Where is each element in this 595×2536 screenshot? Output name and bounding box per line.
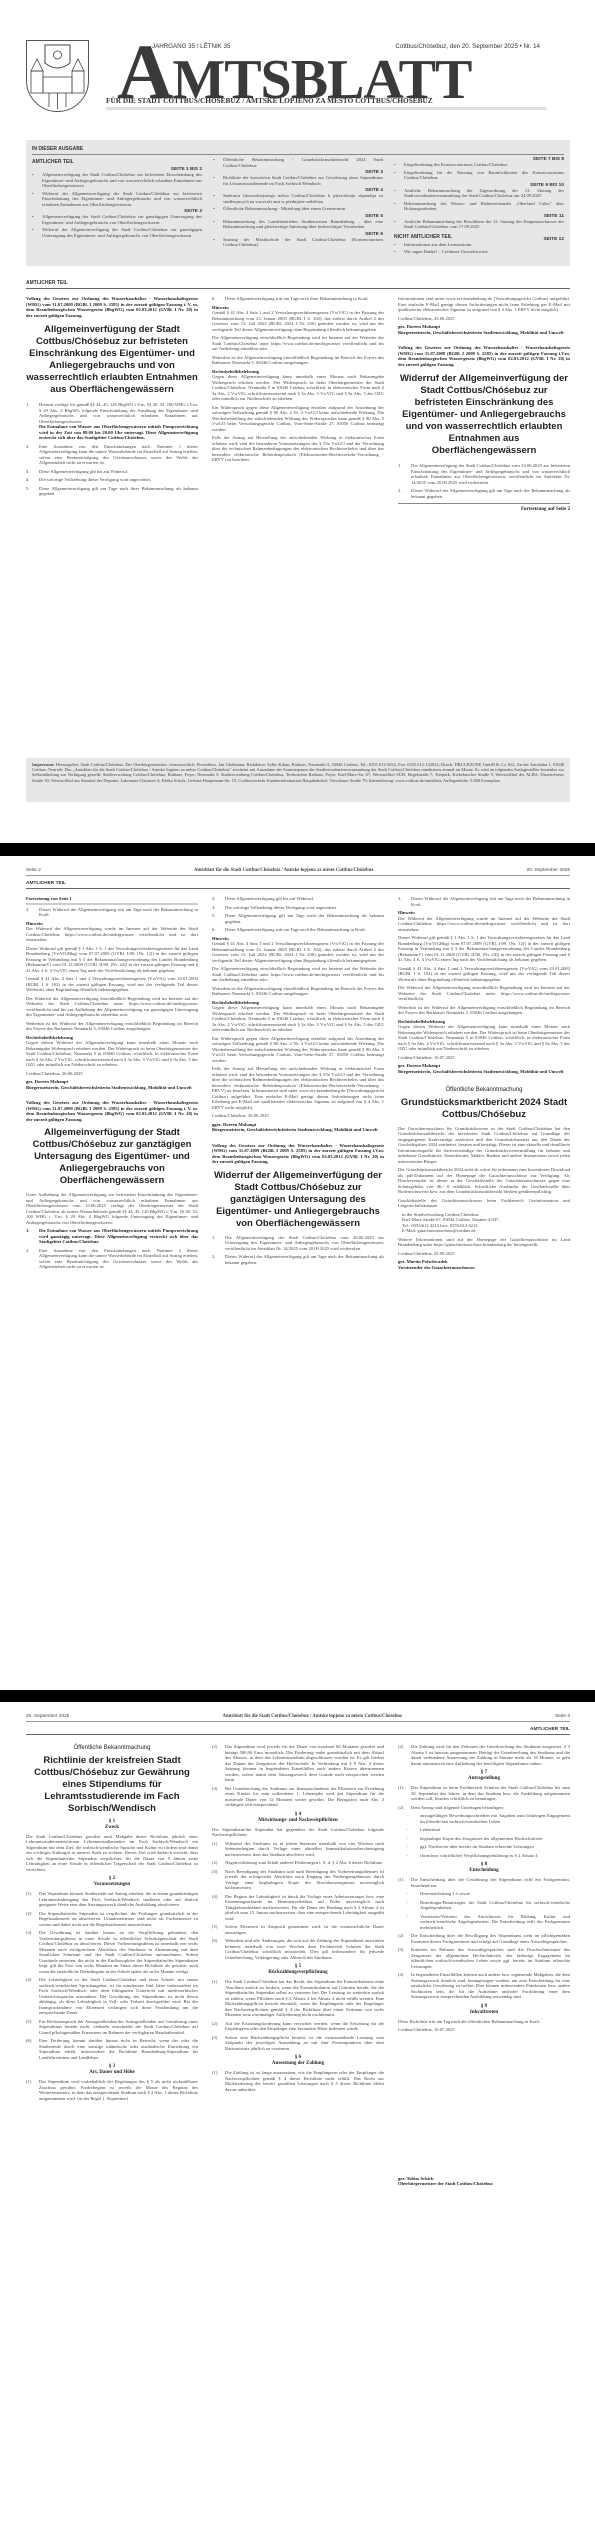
text-block: (1) bbox=[398, 1785, 407, 1802]
text-block: 6. bbox=[212, 296, 221, 302]
text-block: (1) bbox=[26, 1891, 35, 1908]
text-block: Amtliche Bekanntmachung der Beschlüsse d… bbox=[404, 219, 564, 230]
text-block: Falls der Antrag auf Herstellung der auf… bbox=[212, 1066, 384, 1110]
text-block: (4) bbox=[212, 1894, 221, 1922]
text-block: Vollzug des Gesetzes zur Ordnung des Was… bbox=[398, 345, 570, 367]
toc-item[interactable]: •Informationen aus dem Lernzentrum bbox=[394, 242, 564, 248]
text-block: Cottbus/Chóśebuz, 16.07.2025 bbox=[398, 1055, 570, 1061]
text-block: AMTLICHER TEIL bbox=[32, 159, 202, 165]
text-block: 2. bbox=[26, 444, 35, 466]
page-divider bbox=[0, 843, 595, 856]
p3-column-2: (2)Das Stipendium wird jeweils für die D… bbox=[212, 1744, 384, 2095]
text-block: (1) bbox=[212, 1841, 221, 1858]
text-block: (1) bbox=[26, 2079, 35, 2101]
text-block: Die sofortige Vollziehung dieser Verfügu… bbox=[225, 905, 384, 911]
text-block: Diese Allgemeinverfügung gilt bis auf Wi… bbox=[225, 896, 384, 902]
text-block: Dieser Widerruf der Allgemeinverfügung g… bbox=[411, 488, 570, 499]
text-block: 20. September 2025 bbox=[26, 1714, 69, 1719]
text-block: Vollzug des Gesetzes zur Ordnung des Was… bbox=[26, 296, 198, 318]
text-block: Ein Widerspruch gegen diese Allgemeinver… bbox=[212, 405, 384, 433]
article-title: Grundstücksmarktbericht 2024 Stadt Cottb… bbox=[398, 1097, 570, 1121]
text-block: (formlose, schriftliche) Verpflichtungse… bbox=[420, 1853, 570, 1859]
text-block: Gegen diese Allgemeinverfügung kann inne… bbox=[212, 374, 384, 402]
text-block: Die Entscheidung über die Bewilligung de… bbox=[411, 1933, 570, 1944]
text-block: Lebenslauf bbox=[420, 1827, 570, 1833]
toc-column-2: •Öffentliche Bekanntmachung - Grundstück… bbox=[213, 157, 383, 250]
text-block: Das Stipendium ist beim Fachbereich Schu… bbox=[411, 1785, 570, 1802]
text-block: Vorsitzender des Gutachterausschusses bbox=[398, 1265, 570, 1271]
section-label: AMTLICHER TEIL bbox=[26, 280, 570, 289]
text-block: Während des Studiums ist in jedem Semest… bbox=[225, 1841, 384, 1858]
text-block: Der Gutachterausschuss für Grundstückswe… bbox=[398, 1126, 570, 1165]
text-block: Die Stadt Cottbus/Chóśebuz gewährt nach … bbox=[26, 1834, 198, 1873]
text-block: (5) bbox=[26, 2019, 35, 2036]
text-block: Diese Allgemeinverfügung gilt am Tage na… bbox=[39, 486, 198, 497]
text-block: Das Stipendium wird jeweils für die Daue… bbox=[225, 1744, 384, 1783]
text-block: Eine Ausnahme von den Einschränkungen na… bbox=[39, 444, 198, 466]
section-label: AMTLICHER TEIL bbox=[26, 1727, 570, 1735]
text-block: (6) bbox=[212, 1938, 221, 1960]
text-block: Bekanntmachung des Landesbetriebes Straß… bbox=[223, 219, 383, 230]
text-block: Öffentliche Bekanntmachung bbox=[26, 1746, 198, 1752]
p1-column-2: 6.Diese Allgemeinverfügung tritt am Tage… bbox=[212, 296, 384, 466]
p2-column-1: Fortsetzung von Seite 1 3.Dieser Widerru… bbox=[26, 896, 198, 1273]
text-block: 1. bbox=[26, 1228, 35, 1245]
text-block: Widerruf der Allgemeinverfügung der Stad… bbox=[42, 227, 202, 238]
toc-item[interactable]: •Allgemeinverfügung der Stadt Cottbus/Ch… bbox=[32, 172, 202, 189]
text-block: Vollzug des Gesetzes zur Ordnung des Was… bbox=[26, 1100, 198, 1122]
text-block: Der Grundstücksmarktbericht 2024 steht a… bbox=[398, 1167, 570, 1195]
toc-item[interactable]: •Wir sagen Danke! – Cottbuser Umweltwoch… bbox=[394, 249, 564, 255]
text-block: Beauftragte/Beauftragter der Stadt Cottb… bbox=[420, 1900, 570, 1911]
continued-link[interactable]: Fortsetzung auf Seite 2 bbox=[398, 503, 570, 513]
impressum: Impressum: Herausgeber: Stadt Cottbus/Ch… bbox=[26, 758, 570, 802]
text-block: Der Widerruf der Allgemeinverfügung wurd… bbox=[398, 916, 570, 933]
text-block: Bürgermeisterin, Geschäftsbereichsleiter… bbox=[398, 1069, 570, 1075]
article-title: Allgemeinverfügung der Stadt Cottbus/Chó… bbox=[26, 1127, 198, 1187]
text-block: (3) bbox=[212, 2035, 221, 2052]
toc-item[interactable]: •Öffentliche Bekanntmachung - Mitteilung… bbox=[213, 206, 383, 212]
toc-item[interactable]: •Allgemeinverfügung der Stadt Cottbus/Ch… bbox=[32, 214, 202, 225]
text-block: Weiterhin ist die Allgemeinverfügung ein… bbox=[212, 986, 384, 997]
text-block: SEITE 12 bbox=[543, 237, 564, 242]
text-block: Vollzug des Gesetzes zur Ordnung des Was… bbox=[212, 1143, 384, 1165]
text-block: Gemäß § 41 Abs. 4 Satz 1 und 2 Verwaltun… bbox=[26, 976, 198, 993]
text-block: Die Entnahme von Wasser aus Oberflächeng… bbox=[39, 1228, 198, 1245]
text-block: 1. bbox=[26, 402, 35, 441]
text-block: Geschäftsstelle des Gutachterausschusses… bbox=[398, 1198, 570, 1209]
text-block: Amtliche Bekanntmachung der Tagesordnung… bbox=[404, 188, 564, 199]
link-niedrigwasser[interactable]: Die Allgemeinverfügung einschließlich Be… bbox=[212, 335, 384, 352]
text-block: Herausgeber: Stadt Cottbus/Chóśebuz, Der… bbox=[32, 762, 564, 783]
text-block: Ein Rechtsanspruch der Antragstellenden/… bbox=[39, 2019, 198, 2036]
p3-column-3: (2)Die Zahlung wird für den Zeitraum der… bbox=[398, 1744, 570, 2187]
text-block: (2) bbox=[212, 2021, 221, 2032]
text-block: Dieser Widerruf der Allgemeinverfügung g… bbox=[225, 1254, 384, 1265]
running-header: 20. September 2025 Amtsblatt für die Sta… bbox=[26, 1714, 570, 1722]
text-block: Rückzahlungsverpflichtung bbox=[212, 1970, 384, 1976]
text-block: Cottbus/Chóśebuz, 03.09.2025 bbox=[398, 1251, 570, 1257]
text-block: Weiterhin ist der Widerruf der Allgemein… bbox=[398, 1005, 570, 1016]
article-title: Allgemeinverfügung der Stadt Cottbus/Chó… bbox=[26, 324, 198, 396]
text-block: Weitere Informationen sind auf der Homep… bbox=[398, 1237, 570, 1248]
p2-column-3: 3.Dieser Widerruf der Allgemeinverfügung… bbox=[398, 896, 570, 1270]
text-block: Entgeltordnung des Konservatoriums Cottb… bbox=[404, 162, 507, 168]
text-block: Öffentliche Bekanntmachung - Grundstücks… bbox=[223, 157, 383, 168]
text-block: Negativerklärung zum Erhalt anderer Förd… bbox=[225, 1860, 384, 1866]
text-block: Amtsblatt für die Stadt Cottbus/Chóśebuz… bbox=[223, 1714, 403, 1719]
text-block: Diese Richtlinie tritt am Tag nach der ö… bbox=[398, 2019, 570, 2025]
text-block: Nach Beendigung des Studiums und nach Be… bbox=[225, 1869, 384, 1891]
text-block: Gemäß § 41 Abs. 4 Satz 1 und 2 Verwaltun… bbox=[212, 310, 384, 332]
text-block: Fortsetzung von Seite 1 bbox=[26, 896, 198, 905]
text-block: (2) bbox=[398, 1805, 407, 1811]
text-block: Voraussetzungen bbox=[26, 1882, 198, 1888]
text-block: Weiterhin sind alle Änderungen, die sich… bbox=[225, 1938, 384, 1960]
text-block: 1. bbox=[398, 463, 407, 485]
text-block: (4) bbox=[26, 1977, 35, 2016]
text-block: (3) bbox=[212, 1869, 221, 1891]
toc-item[interactable]: •Směrnica bźezwokrejsnego města Cottbus/… bbox=[213, 193, 383, 204]
text-block: (4) bbox=[398, 1972, 407, 2000]
text-block: Diese Allgemeinverfügung tritt am Tage n… bbox=[225, 296, 384, 302]
page-2: Seite 2 Amtsblatt für die Stadt Cottbus/… bbox=[0, 856, 595, 1690]
text-block: Gegen diesen Widerruf der Allgemeinverfü… bbox=[398, 1024, 570, 1052]
text-block: Eine Ausnahme von den Einschränkungen na… bbox=[39, 1248, 198, 1270]
p1-column-1: Vollzug des Gesetzes zur Ordnung des Was… bbox=[26, 296, 198, 500]
text-block: (1) bbox=[212, 1979, 221, 2018]
text-block: Die Lehrtätigkeit in der Stadt Cottbus/C… bbox=[39, 1977, 198, 2016]
toc-item[interactable]: •Widerruf der Allgemeinverfügung der Sta… bbox=[32, 191, 202, 208]
text-block: ggf. Nachweise über bereits im Studium e… bbox=[420, 1844, 570, 1850]
text-block: Der Widerruf der Allgemeinverfügung wurd… bbox=[26, 926, 198, 943]
text-block: 1. bbox=[212, 1235, 221, 1252]
text-block: Auf die Erstattungsforderung kann verzic… bbox=[225, 2021, 384, 2032]
text-block: Öffentliche Bekanntmachung - Mitteilung … bbox=[223, 206, 345, 212]
text-block: Sofern eine Rückzahlungspflicht besteht,… bbox=[225, 2035, 384, 2052]
text-block: 3. bbox=[26, 469, 35, 475]
text-block: 6. bbox=[212, 927, 221, 933]
toc-item[interactable]: •Amtliche Bekanntmachung der Beschlüsse … bbox=[394, 219, 564, 230]
text-block: Informationen sind unter www.erv.branden… bbox=[398, 296, 570, 313]
text-block: Art, Dauer und Höhe bbox=[26, 2070, 198, 2076]
text-block: Eine Förderung kommt darüber hinaus nich… bbox=[39, 2038, 198, 2060]
text-block: Dezernatsleitung 1.1 sowie bbox=[420, 1891, 570, 1897]
text-block: Die Stipendiatin/der Stipendiat ist verp… bbox=[39, 1911, 198, 1928]
text-block: Seite 2 bbox=[26, 868, 41, 873]
text-block: Das Stipendium wird vorbehaltlich der Re… bbox=[39, 2079, 198, 2101]
text-block: Oberbürgermeister der Stadt Cottbus/Chóś… bbox=[398, 2181, 570, 2187]
text-block: (2) bbox=[398, 1933, 407, 1944]
text-block: Kriterien im Rahmen des Auswahlgespräche… bbox=[411, 1947, 570, 1969]
article-title: Widerruf der Allgemeinverfügung der Stad… bbox=[398, 373, 570, 457]
email-link[interactable]: E-Mail: gutachterausschuss@cottbus.de bbox=[402, 1228, 570, 1234]
text-block: Falls der Antrag auf Herstellung der auf… bbox=[212, 435, 384, 463]
toc-item[interactable]: •Bekanntmachung des Wasser- und Bodenver… bbox=[394, 201, 564, 212]
text-block: beglaubigte Kopie des Zeugnisses der all… bbox=[420, 1836, 570, 1842]
text-block: Ein Widerspruch gegen diese Allgemeinver… bbox=[212, 1036, 384, 1064]
text-block: Der Widerruf der Allgemeinverfügung eins… bbox=[26, 996, 198, 1018]
text-block: Cottbus/Chóśebuz, 23.06.2025 bbox=[398, 316, 570, 322]
text-block: Cottbus/Chóśebuz, 26.06.2025 bbox=[212, 1113, 384, 1119]
toc-item[interactable]: •Entgeltordnung für die Nutzung von Räum… bbox=[394, 170, 564, 181]
page-3: 20. September 2025 Amtsblatt für die Sta… bbox=[0, 1702, 595, 2536]
text-block: (2) bbox=[212, 1860, 221, 1866]
text-block: 2. bbox=[398, 488, 407, 499]
text-block: Die Allgemeinverfügung einschließlich Be… bbox=[212, 966, 384, 983]
text-block: Die Zahlung ist so lange auszusetzen, wi… bbox=[225, 2070, 384, 2092]
text-block: Richtlinie der kreisfreien Stadt Cottbus… bbox=[223, 175, 383, 186]
text-block: 5. bbox=[212, 913, 221, 924]
masthead-subtitle: FÜR DIE STADT COTTBUS/CHÓŚEBUZ / AMTSKE … bbox=[106, 96, 546, 110]
text-block: (1) bbox=[398, 1877, 407, 1888]
text-block: 3. bbox=[398, 896, 407, 907]
text-block: 2. bbox=[26, 1248, 35, 1270]
text-block: Allgemeinverfügung der Stadt Cottbus/Chó… bbox=[42, 172, 202, 189]
toc-heading: IN DIESER AUSGABE bbox=[32, 146, 564, 155]
text-block: Der Beginn der Lehrtätigkeit ist durch d… bbox=[225, 1894, 384, 1922]
text-block: Dieser Widerruf gilt gemäß § 1 Abs. 1 S.… bbox=[398, 935, 570, 963]
text-block: 20. September 2025 bbox=[527, 868, 570, 873]
text-block: (2) bbox=[398, 1744, 407, 1766]
text-block: Bekanntmachung des Wasser- und Bodenverb… bbox=[404, 201, 564, 212]
text-block: Informationen aus dem Lernzentrum bbox=[404, 242, 471, 248]
toc-item[interactable]: •Satzung der Musikschule der Stadt Cottb… bbox=[213, 237, 383, 248]
text-block: Mitwirkungs- und Nachweispflichten bbox=[212, 1818, 384, 1824]
toc-item[interactable]: •Widerruf der Allgemeinverfügung der Sta… bbox=[32, 227, 202, 238]
toc-column-1: AMTLICHER TEIL SEITE 1 BIS 2 •Allgemeinv… bbox=[32, 157, 202, 240]
toc-item[interactable]: •Entgeltordnung des Konservatoriums Cott… bbox=[394, 162, 564, 168]
text-block: Wir sagen Danke! – Cottbuser Umweltwoche bbox=[404, 249, 488, 255]
text-block: Die sofortige Vollziehung dieser Verfügu… bbox=[39, 477, 198, 483]
text-block: Vertreterin/Vertreter des Ausschusses fü… bbox=[420, 1914, 570, 1931]
text-block: 3. bbox=[26, 907, 35, 918]
text-block: Dem Antrag sind folgende Unterlagen beiz… bbox=[411, 1805, 570, 1811]
text-block: Gegen diesen Widerruf der Allgemeinverfü… bbox=[26, 1040, 198, 1068]
text-block: Inkrafttreten bbox=[398, 2010, 570, 2016]
text-block: Antragstellung bbox=[398, 1776, 570, 1782]
text-block: Öffentliche Bekanntmachung bbox=[398, 1088, 570, 1094]
p1-column-3: Informationen sind unter www.erv.branden… bbox=[398, 296, 570, 513]
text-block: Dieser Widerruf gilt gemäß § 1 Abs. 1 S.… bbox=[26, 946, 198, 974]
text-block: Gegen diese Allgemeinverfügung kann inne… bbox=[212, 1005, 384, 1033]
text-block: (3) bbox=[398, 1947, 407, 1969]
city-coat-of-arms-icon bbox=[26, 40, 89, 112]
text-block: 4. bbox=[212, 905, 221, 911]
text-block: (2) bbox=[26, 1911, 35, 1928]
text-block: Sofern Elternzeit in Anspruch genommen w… bbox=[225, 1924, 384, 1935]
text-block: Die Allgemeinverfügung der Stadt Cottbus… bbox=[225, 1235, 384, 1252]
toc-item[interactable]: •Öffentliche Bekanntmachung - Grundstück… bbox=[213, 157, 383, 168]
text-block: Hiermit verfüge ich gemäß §§ 44, 45, 126… bbox=[39, 402, 198, 424]
toc-item[interactable]: •Richtlinie der kreisfreien Stadt Cottbu… bbox=[213, 175, 383, 186]
text-block: Amtsblatt für die Stadt Cottbus/Chóśebuz… bbox=[194, 868, 374, 873]
text-block: Seite 3 bbox=[555, 1714, 570, 1719]
text-block: Aussetzung der Zahlung bbox=[212, 2061, 384, 2067]
p2-column-2: 3.Diese Allgemeinverfügung gilt bis auf … bbox=[212, 896, 384, 1268]
text-block: Weiterhin ist der Widerruf der Allgemein… bbox=[26, 1021, 198, 1032]
text-block: Diese Allgemeinverfügung tritt am Tage n… bbox=[225, 927, 384, 933]
text-block: Die Stipendiatin/der Stipendiat hat gege… bbox=[212, 1827, 384, 1838]
text-block: NICHT AMTLICHER TEIL bbox=[394, 234, 452, 240]
page-1: JAHRGANG 35 / LĚTNIK 35 Cottbus/Chóśebuz… bbox=[0, 0, 595, 843]
text-block: Cottbus/Chóśebuz, 26.06.2025 bbox=[26, 1071, 198, 1077]
section-label: AMTLICHER TEIL bbox=[26, 881, 570, 889]
text-block: Bürgermeisterin, Geschäftsbereichsleiter… bbox=[398, 330, 570, 336]
text-block: Satzung der Musikschule der Stadt Cottbu… bbox=[223, 237, 383, 248]
text-block: Das Stipendium können Studierende auf An… bbox=[39, 1891, 198, 1908]
text-block: Směrnica bźezwokrejsnego města Cottbus/C… bbox=[223, 193, 383, 204]
text-block: Diese Allgemeinverfügung gilt am Tage na… bbox=[225, 913, 384, 924]
text-block: Weiterhin ist die Allgemeinverfügung ein… bbox=[212, 355, 384, 366]
text-block: Dieser Widerruf der Allgemeinverfügung t… bbox=[411, 896, 570, 907]
text-block: Die Entnahme von Wasser aus Oberflächeng… bbox=[39, 424, 198, 440]
toc-column-3: SEITE 7 BIS 8 •Entgeltordnung des Konser… bbox=[394, 157, 564, 257]
text-block: Bei Unterbrechung des Studiums zur Inans… bbox=[225, 1786, 384, 1808]
text-block: Dieser Widerruf der Allgemeinverfügung t… bbox=[39, 907, 198, 918]
text-block: (5) bbox=[212, 1924, 221, 1935]
text-block: Die Gewährung ist darüber hinaus an die … bbox=[39, 1930, 198, 1974]
text-block: Unter Aufhebung der Allgemeinverfügung z… bbox=[26, 1192, 198, 1225]
text-block: Die Entscheidung über die Gewährung des … bbox=[411, 1877, 570, 1888]
text-block: 5. bbox=[26, 486, 35, 497]
text-block: Bürgermeisterin, Geschäftsbereichsleiter… bbox=[26, 1085, 198, 1091]
text-block: (6) bbox=[26, 2038, 35, 2060]
text-block: Die Stadt Cottbus/Chóśebuz hat das Recht… bbox=[225, 1979, 384, 2018]
text-block: Gemäß § 41 Abs. 4 Satz 1 und 2 Verwaltun… bbox=[212, 941, 384, 963]
text-block: Allgemeinverfügung der Stadt Cottbus/Chó… bbox=[42, 214, 202, 225]
text-block: (3) bbox=[212, 1786, 221, 1808]
text-block: aussagefähiges Bewerbungsschreiben mit A… bbox=[420, 1813, 570, 1824]
toc-item[interactable]: •Bekanntmachung des Landesbetriebes Stra… bbox=[213, 219, 383, 230]
text-block: 4. bbox=[26, 477, 35, 483]
text-block: Entgeltordnung für die Nutzung von Räuml… bbox=[404, 170, 564, 181]
text-block: Entscheidung bbox=[398, 1868, 570, 1874]
text-block: Widerruf der Allgemeinverfügung der Stad… bbox=[42, 191, 202, 208]
text-block: Diese Allgemeinverfügung gilt bis auf Wi… bbox=[39, 469, 198, 475]
p3-column-1: Öffentliche Bekanntmachung Richtlinie de… bbox=[26, 1744, 198, 2104]
article-title: Widerruf der Allgemeinverfügung der Stad… bbox=[212, 1170, 384, 1230]
article-title: Richtlinie der kreisfreien Stadt Cottbus… bbox=[26, 1755, 198, 1815]
text-block: 2. bbox=[212, 1254, 221, 1265]
running-header: Seite 2 Amtsblatt für die Stadt Cottbus/… bbox=[26, 868, 570, 876]
toc-item[interactable]: •Amtliche Bekanntmachung der Tagesordnun… bbox=[394, 188, 564, 199]
text-block: Der Widerruf der Allgemeinverfügung eins… bbox=[398, 985, 570, 1002]
text-block: (2) bbox=[212, 1744, 221, 1783]
text-block: Zweck bbox=[26, 1825, 198, 1831]
text-block: Gemäß § 41 Abs. 4 Satz 1 und 2 Verwaltun… bbox=[398, 966, 570, 983]
text-block: Die Zahlung wird für den Zeitraum der Un… bbox=[411, 1744, 570, 1766]
text-block: (3) bbox=[26, 1930, 35, 1974]
text-block: Cottbus/Chóśebuz, 16.07.2025 bbox=[398, 2027, 570, 2033]
text-block: 3. bbox=[212, 896, 221, 902]
table-of-contents: IN DIESER AUSGABE AMTLICHER TEIL SEITE 1… bbox=[26, 140, 570, 266]
text-block: Bürgermeisterin, Geschäftsbereichsleiter… bbox=[212, 1127, 384, 1133]
text-block: In begründeten Einzelfällen können auch … bbox=[411, 1972, 570, 2000]
text-block: Die Allgemeinverfügung der Stadt Cottbus… bbox=[411, 463, 570, 485]
text-block: (1) bbox=[212, 2070, 221, 2092]
